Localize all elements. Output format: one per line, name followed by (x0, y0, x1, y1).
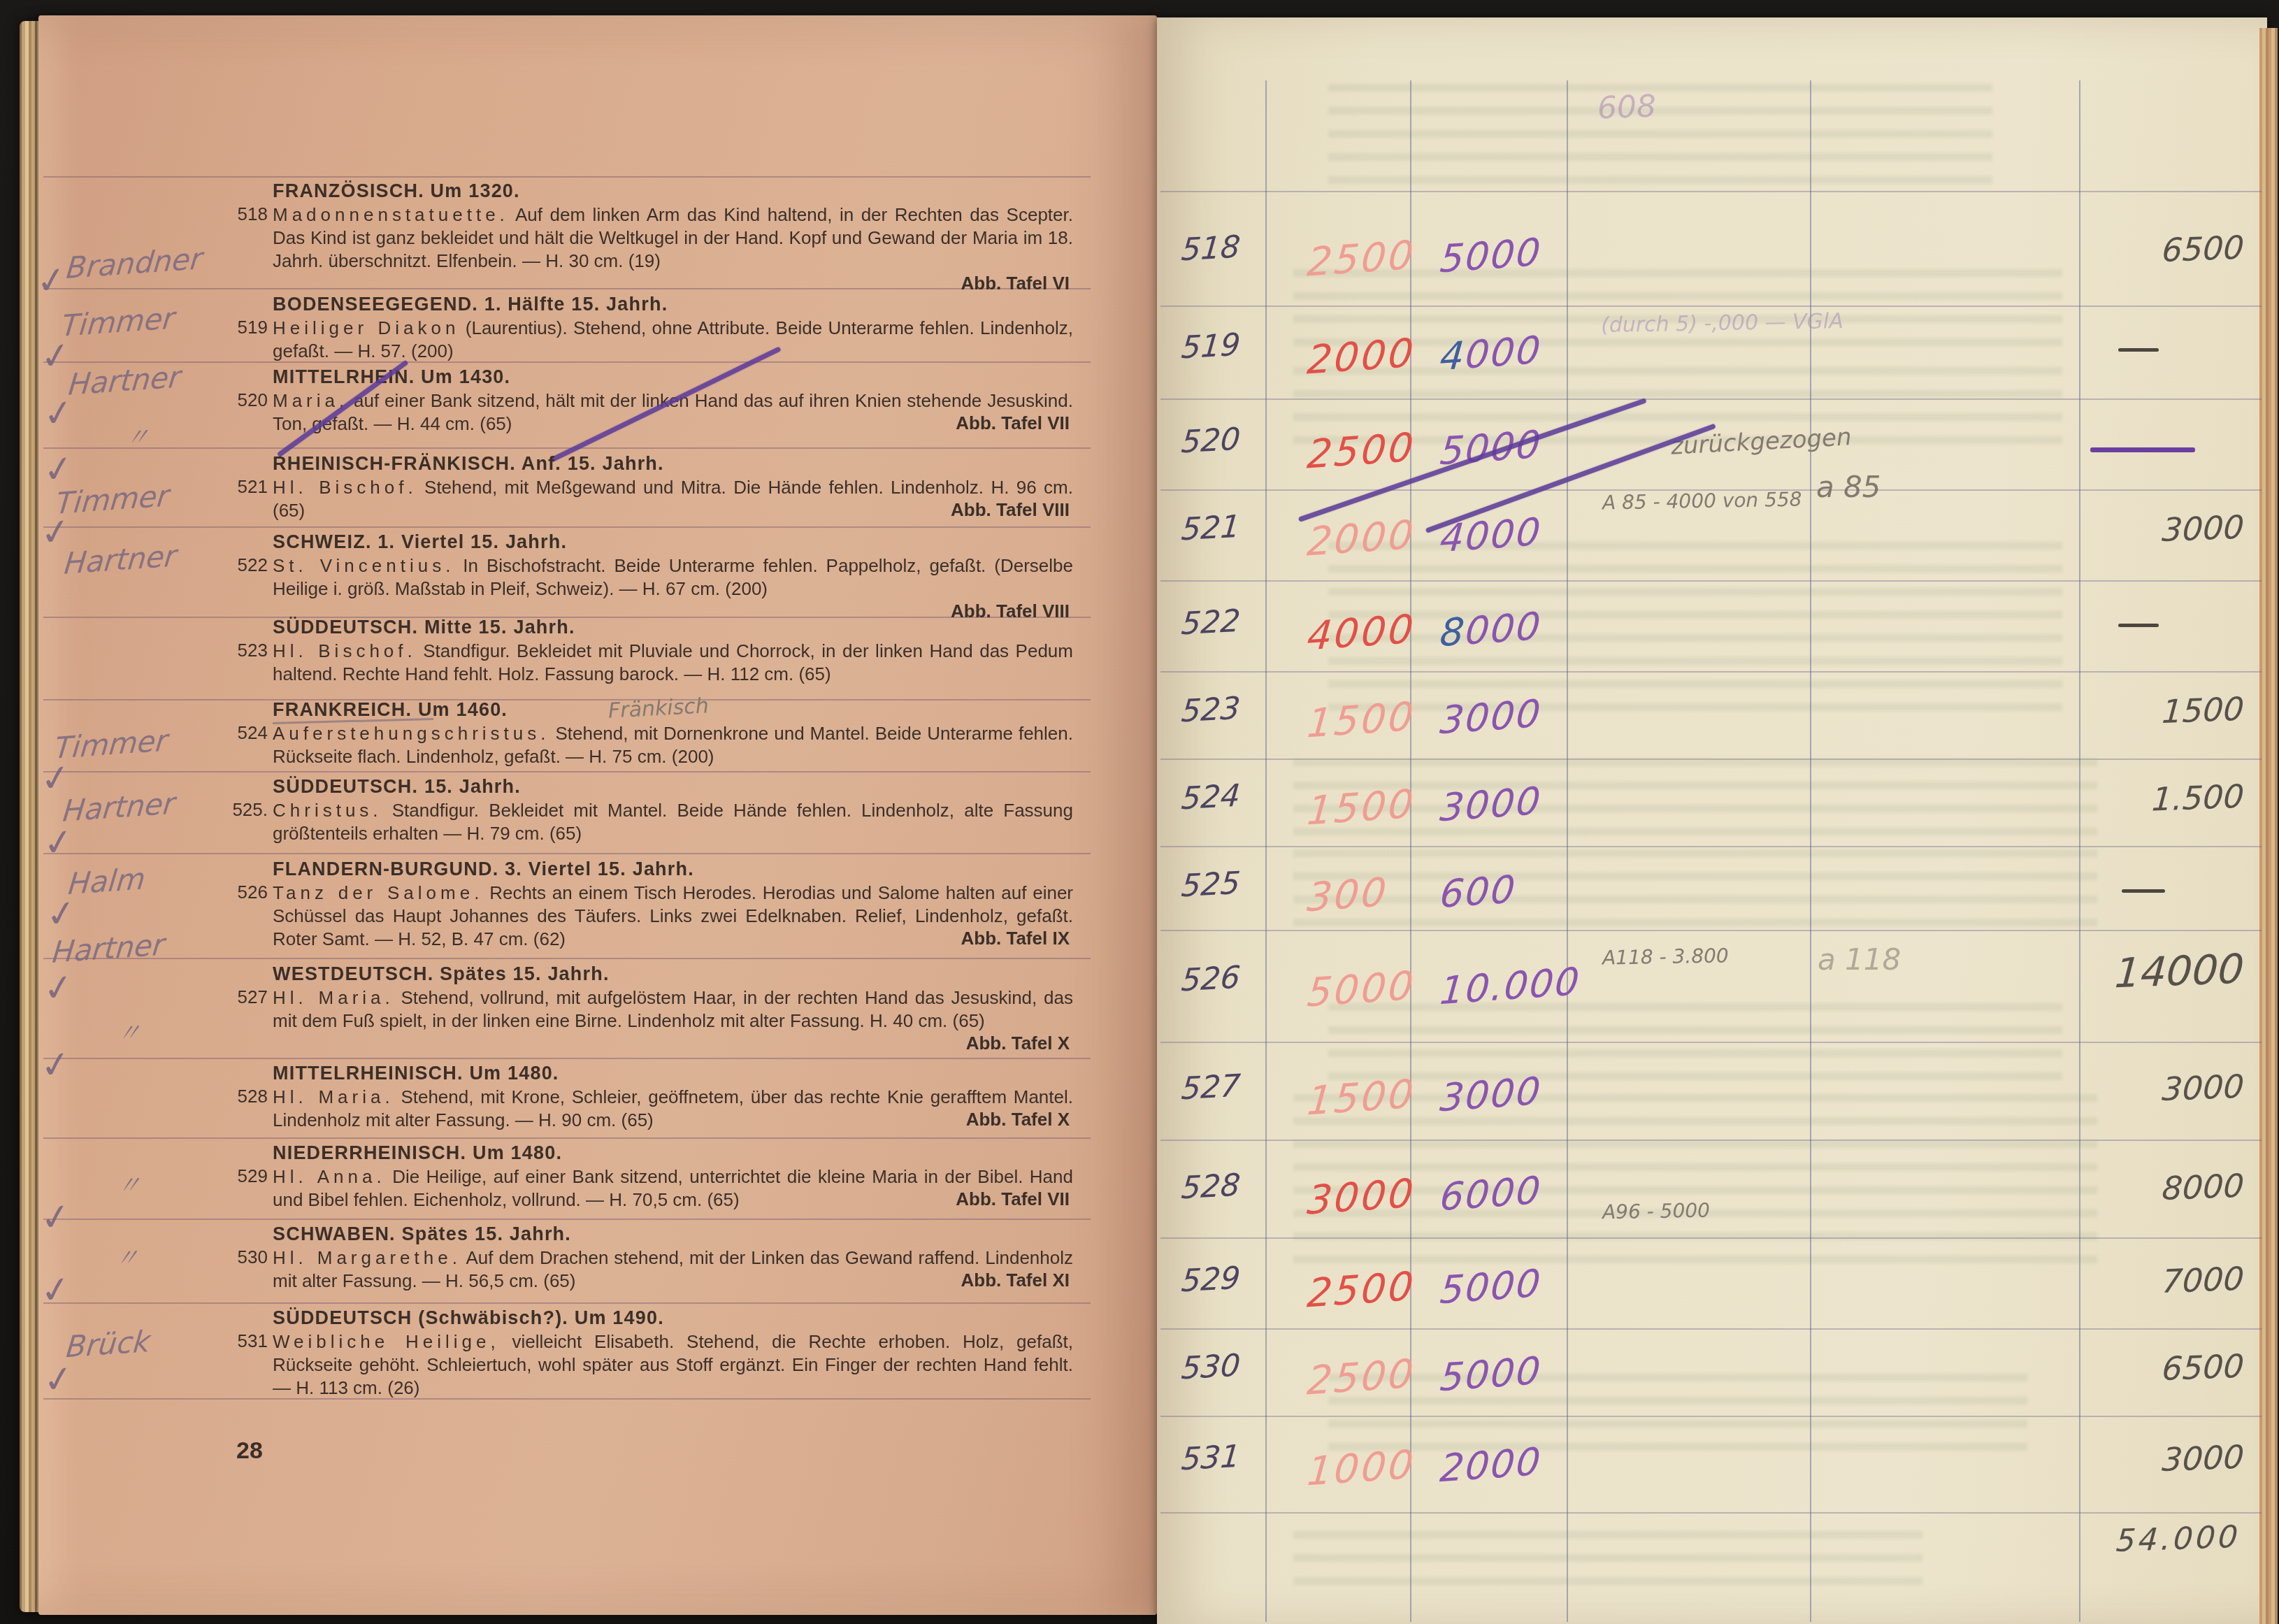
entry-title-529: Hl. Anna. (273, 1166, 386, 1187)
entry-body-523: Hl. Bischof. Standfigur. Bekleidet mit P… (273, 640, 1073, 686)
ledger-lot-526: 526 (1180, 960, 1242, 999)
hammer-price-525: 600 (1438, 867, 1518, 917)
ledger-lot-520: 520 (1180, 422, 1242, 461)
abb-reference-518: Abb. Tafel VI (825, 273, 1070, 294)
abb-reference-522: Abb. Tafel VIII (825, 601, 1070, 622)
interrow-tag-526: a 118 (1818, 942, 1901, 977)
entry-title-530: Hl. Margarethe. (273, 1247, 461, 1268)
entry-title-520: Maria, (273, 390, 348, 411)
right-page-rule (1160, 191, 2262, 192)
check-icon-520: ✓ (41, 391, 77, 436)
hammer-first-digit-blue: 8 (1438, 609, 1467, 655)
lot-number-523: 523 (227, 640, 268, 661)
check-icon-531: ✓ (41, 1357, 77, 1402)
margin-name-531: Brück (65, 1324, 152, 1365)
abb-reference-526: Abb. Tafel IX (825, 928, 1070, 949)
bleed-through (1293, 1531, 1922, 1587)
result-price-530: 6500 (2033, 1347, 2245, 1393)
entry-body-525: Christus. Standfigur. Bekleidet mit Mant… (273, 799, 1073, 845)
hammer-price-528: 6000 (1438, 1168, 1544, 1220)
entry-body-519: Heiliger Diakon (Laurentius). Stehend, o… (273, 317, 1073, 363)
lot-number-527: 527 (227, 986, 268, 1008)
entry-title-518: Madonnenstatuette. (273, 204, 509, 225)
hammer-price-530: 5000 (1438, 1349, 1544, 1400)
entry-title-523: Hl. Bischof. (273, 640, 417, 661)
limit-price-522: 4000 (1305, 606, 1417, 659)
check-icon-526: ✓ (43, 891, 80, 937)
abb-reference-530: Abb. Tafel XI (825, 1270, 1070, 1291)
limit-price-525: 300 (1305, 870, 1390, 921)
entry-body-518: Madonnenstatuette. Auf dem linken Arm da… (273, 203, 1073, 273)
ledger-lot-521: 521 (1180, 509, 1242, 548)
check-icon-528: ✓ (38, 1042, 74, 1088)
result-dash-522 (2118, 624, 2159, 627)
lot-number-521: 521 (227, 476, 268, 498)
entry-title-527: Hl. Maria. (273, 987, 394, 1008)
result-price-518: 6500 (2033, 229, 2245, 274)
lot-number-531: 531 (227, 1330, 268, 1352)
lot-number-524: 524 (227, 722, 268, 744)
limit-price-526: 5000 (1305, 963, 1417, 1016)
entry-header-528: MITTELRHEINISCH. Um 1480. (273, 1063, 559, 1084)
entry-title-521: Hl. Bischof. (273, 477, 417, 498)
entry-header-522: SCHWEIZ. 1. Viertel 15. Jahrh. (273, 531, 567, 553)
entry-title-531: Weibliche Heilige, (273, 1331, 500, 1352)
entry-header-523: SÜDDEUTSCH. Mitte 15. Jahrh. (273, 617, 575, 638)
result-price-529: 7000 (2033, 1260, 2245, 1305)
lot-number-526: 526 (227, 882, 268, 903)
check-icon-518: ✓ (34, 258, 70, 303)
right-page-rule (1160, 1512, 2262, 1514)
result-price-526: 14000 (2033, 945, 2246, 1000)
limit-price-520: 2500 (1305, 424, 1417, 477)
left-page-rule (43, 699, 1091, 700)
check-icon-519: ✓ (38, 333, 74, 379)
check-icon-529: ✓ (38, 1195, 74, 1240)
ledger-lot-527: 527 (1180, 1068, 1242, 1107)
result-price-523: 1500 (2033, 690, 2245, 735)
ledger-lot-523: 523 (1180, 691, 1242, 730)
page-number: 28 (236, 1437, 263, 1465)
margin-name-521: 〃 (124, 417, 151, 454)
hammer-price-527: 3000 (1438, 1069, 1544, 1121)
limit-price-519: 2000 (1305, 330, 1417, 383)
bleed-through (1328, 542, 2062, 717)
left-page-rule (43, 771, 1091, 773)
limit-price-527: 1500 (1305, 1071, 1417, 1124)
lot-number-525: 525. (227, 799, 268, 821)
entry-title-526: Tanz der Salome. (273, 882, 483, 903)
entry-header-526: FLANDERN-BURGUND. 3. Viertel 15. Jahrh. (273, 858, 694, 880)
lot-number-520: 520 (227, 389, 268, 411)
left-page-rule (43, 853, 1091, 854)
entry-header-530: SCHWABEN. Spätes 15. Jahrh. (273, 1223, 571, 1245)
limit-price-531: 1000 (1305, 1442, 1417, 1495)
right-page-rule (1160, 930, 2262, 931)
ledger-lot-522: 522 (1180, 603, 1242, 642)
ledger-lot-529: 529 (1180, 1260, 1242, 1300)
entry-header-531: SÜDDEUTSCH (Schwäbisch?). Um 1490. (273, 1307, 664, 1329)
left-page-rule (43, 1137, 1091, 1139)
hammer-price-531: 2000 (1438, 1439, 1544, 1491)
hammer-price-521: 4000 (1438, 510, 1544, 561)
limit-price-523: 1500 (1305, 694, 1417, 747)
left-page-rule (43, 1219, 1091, 1220)
left-page-rule (43, 526, 1091, 528)
right-page-edge (2259, 28, 2278, 1624)
entry-title-519: Heiliger Diakon (273, 317, 459, 338)
left-page-rule (43, 1302, 1091, 1304)
bleed-through (1328, 1003, 2062, 1080)
limit-price-518: 2500 (1305, 232, 1417, 285)
interrow-note-526: A118 - 3.800 (1602, 944, 1729, 969)
ledger-lot-530: 530 (1180, 1348, 1242, 1387)
entry-header-524: FRANKREICH. Um 1460. (273, 699, 508, 721)
interrow-tag-520: a 85 (1816, 470, 1881, 504)
margin-name-530: 〃 (113, 1238, 141, 1274)
entry-title-525: Christus. (273, 800, 382, 821)
entry-header-519: BODENSEEGEGEND. 1. Hälfte 15. Jahrh. (273, 294, 668, 315)
ledger-lot-518: 518 (1180, 229, 1242, 268)
result-price-527: 3000 (2033, 1068, 2245, 1113)
lot-number-519: 519 (227, 317, 268, 338)
ledger-lot-525: 525 (1180, 865, 1242, 905)
lot-number-518: 518 (227, 203, 268, 225)
hammer-price-529: 5000 (1438, 1261, 1544, 1313)
result-price-524: 1.500 (2033, 777, 2245, 823)
limit-price-524: 1500 (1305, 781, 1417, 834)
entry-body-524: Auferstehungschristus. Stehend, mit Dorn… (273, 722, 1073, 768)
left-page-rule (43, 1058, 1091, 1059)
bleed-through (1328, 1374, 2027, 1451)
entry-title-524: Auferstehungschristus. (273, 723, 549, 744)
abb-reference-528: Abb. Tafel X (825, 1109, 1070, 1130)
margin-name-529: 〃 (115, 1165, 143, 1202)
ledger-lot-519: 519 (1180, 327, 1242, 366)
lot-number-529: 529 (227, 1165, 268, 1187)
note-519: (durch 5) -,000 — VGlA (1601, 309, 1843, 338)
ledger-lot-528: 528 (1180, 1167, 1242, 1207)
hammer-price-522: 8000 (1438, 604, 1544, 656)
total-sum: 54.000 (2029, 1519, 2241, 1562)
ledger-column-rule (1265, 80, 1267, 1622)
limit-price-530: 2500 (1305, 1351, 1417, 1404)
ledger-lot-531: 531 (1180, 1439, 1242, 1478)
margin-name-526: Halm (67, 861, 148, 901)
entry-header-521: RHEINISCH-FRÄNKISCH. Anf. 15. Jahrh. (273, 453, 664, 475)
margin-name-528: 〃 (115, 1013, 143, 1049)
result-price-521: 3000 (2033, 508, 2245, 554)
interrow-note-529: A96 - 5000 (1602, 1199, 1711, 1224)
result-dash-519 (2118, 348, 2159, 352)
check-icon-530: ✓ (38, 1267, 74, 1313)
entry-body-531: Weibliche Heilige, vielleicht Elisabeth.… (273, 1330, 1073, 1400)
result-dash-525 (2122, 889, 2165, 893)
limit-price-529: 2500 (1305, 1263, 1417, 1316)
hammer-price-519: 4000 (1438, 328, 1544, 380)
interrow-note-520: A 85 - 4000 von 558 (1602, 488, 1802, 515)
ledger-lot-524: 524 (1180, 778, 1242, 817)
bleed-number: 608 (1597, 89, 1657, 127)
left-page-rule (43, 958, 1091, 959)
lot-number-522: 522 (227, 554, 268, 576)
check-icon-525: ✓ (41, 820, 77, 865)
abb-reference-529: Abb. Tafel VII (825, 1188, 1070, 1210)
entry-header-525: SÜDDEUTSCH. 15. Jahrh. (273, 776, 521, 798)
limit-price-528: 3000 (1305, 1170, 1417, 1223)
lot-number-528: 528 (227, 1086, 268, 1107)
left-page-rule (43, 176, 1091, 178)
abb-reference-520: Abb. Tafel VII (825, 412, 1070, 434)
hammer-price-518: 5000 (1438, 230, 1544, 282)
right-page-rule (1160, 846, 2262, 847)
left-page-rule (43, 447, 1091, 449)
hammer-first-digit-blue: 4 (1438, 333, 1467, 379)
result-price-531: 3000 (2033, 1438, 2245, 1483)
entry-header-529: NIEDERRHEINISCH. Um 1480. (273, 1142, 562, 1164)
hammer-price-524: 3000 (1438, 779, 1544, 831)
entry-header-527: WESTDEUTSCH. Spätes 15. Jahrh. (273, 963, 610, 985)
bleed-through (1293, 849, 2097, 926)
result-price-528: 8000 (2033, 1167, 2245, 1212)
book-scan: FRANZÖSISCH. Um 1320.518Madonnenstatuett… (0, 0, 2279, 1624)
bleed-through (1328, 84, 1992, 189)
entry-title-528: Hl. Maria. (273, 1086, 394, 1107)
abb-reference-527: Abb. Tafel X (825, 1033, 1070, 1054)
entry-body-527: Hl. Maria. Stehend, vollrund, mit aufgel… (273, 986, 1073, 1033)
entry-title-522: St. Vincentius. (273, 555, 454, 576)
lot-number-530: 530 (227, 1246, 268, 1268)
hammer-price-523: 3000 (1438, 691, 1544, 743)
abb-reference-521: Abb. Tafel VIII (825, 499, 1070, 521)
entry-body-522: St. Vincentius. In Bischofstracht. Beide… (273, 554, 1073, 601)
right-page-rule (1160, 1328, 2262, 1330)
entry-header-518: FRANZÖSISCH. Um 1320. (273, 180, 520, 202)
check-icon-527: ✓ (41, 965, 77, 1011)
limit-price-521: 2000 (1305, 512, 1417, 565)
result-dash-520 (2090, 447, 2195, 452)
